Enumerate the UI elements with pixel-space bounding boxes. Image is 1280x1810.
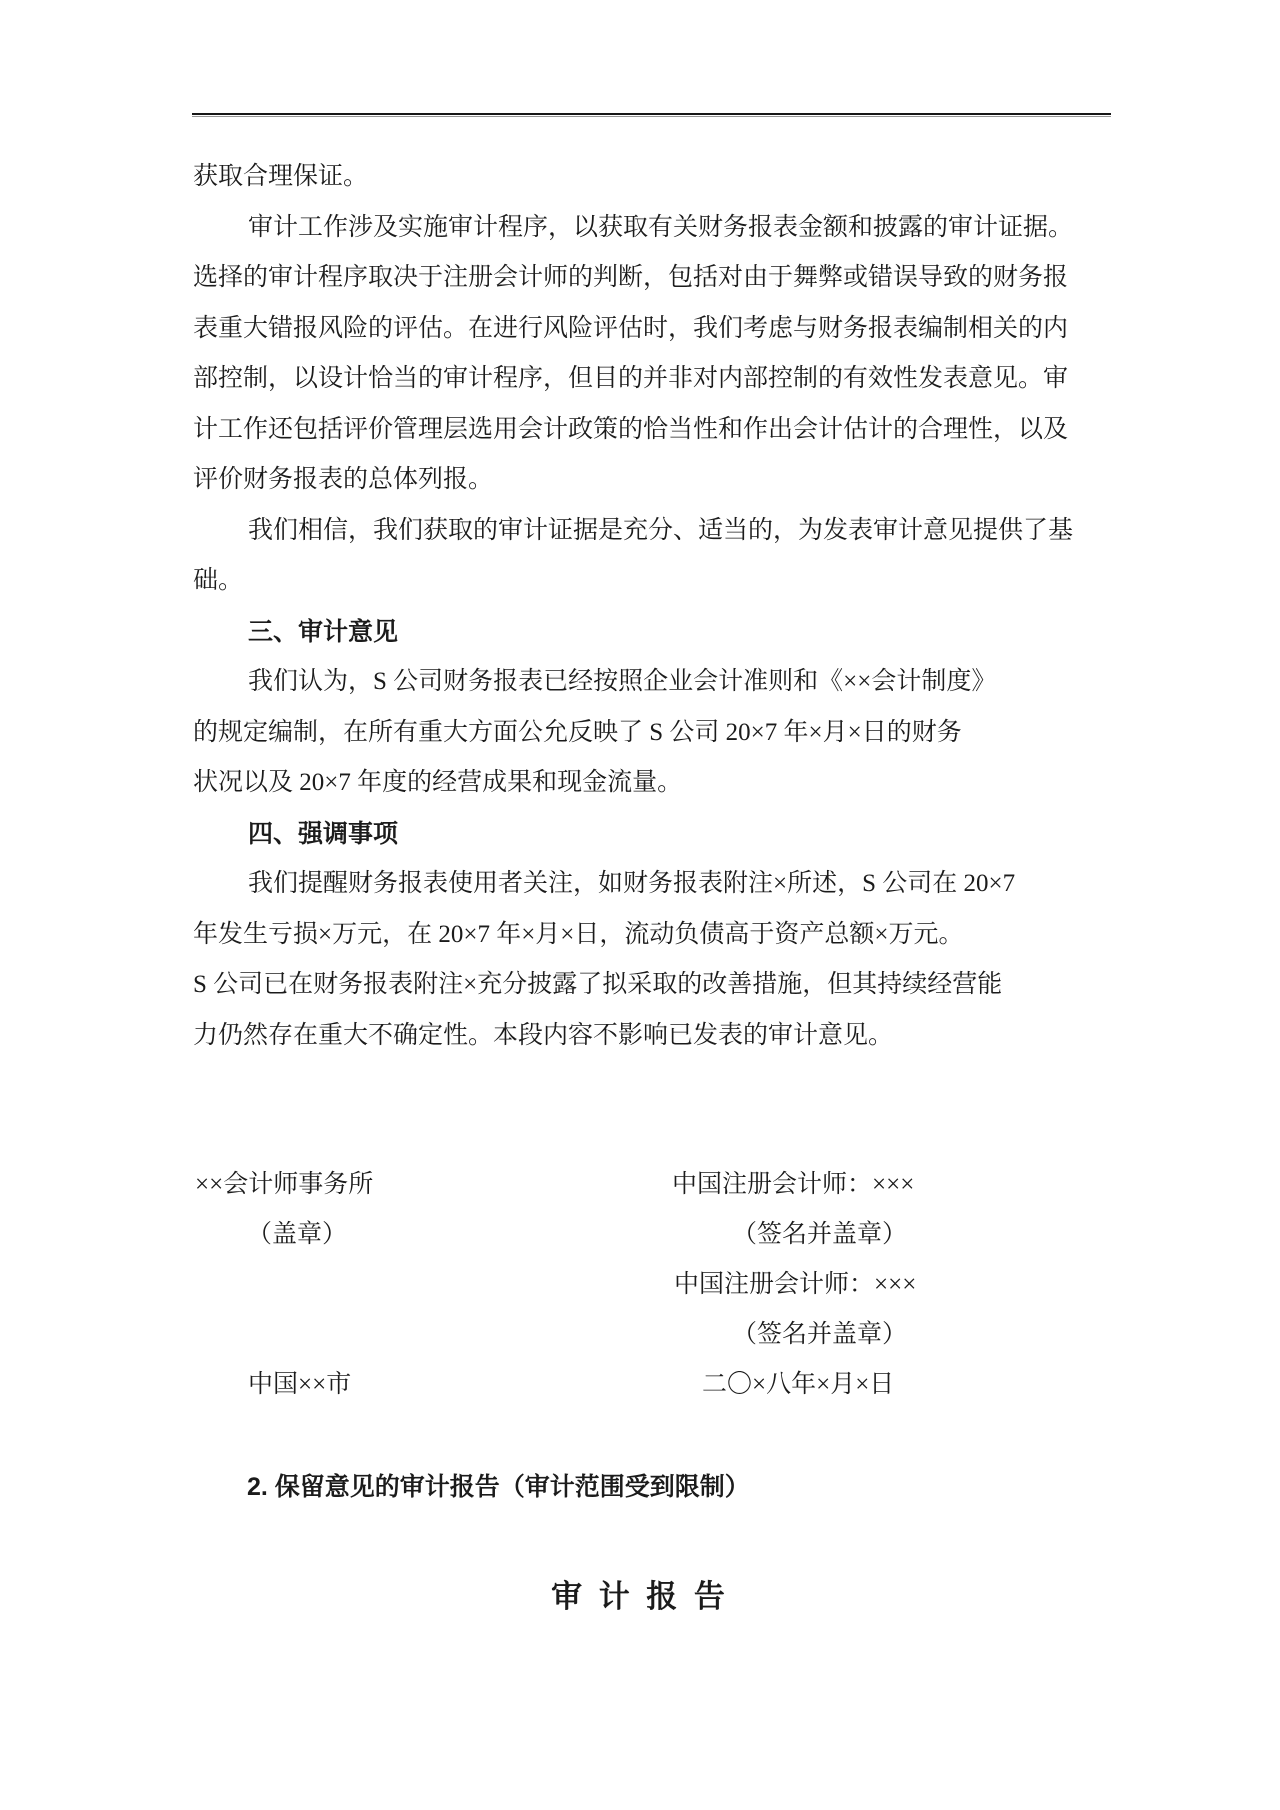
firm-seal-note: （盖章） (247, 1210, 347, 1260)
body-line: 我们认为，S 公司财务报表已经按照企业会计准则和《××会计制度》 (193, 657, 1090, 708)
signature-row: （签名并盖章） (193, 1310, 1113, 1360)
body-line: 计工作还包括评价管理层选用会计政策的恰当性和作出会计估计的合理性，以及 (193, 405, 1090, 456)
header-rule-line (192, 113, 1111, 115)
body-line: 的规定编制，在所有重大方面公允反映了 S 公司 20×7 年×月×日的财务 (193, 708, 1090, 759)
section-heading-audit-opinion: 三、审计意见 (193, 607, 1090, 658)
body-line: 年发生亏损×万元，在 20×7 年×月×日，流动负债高于资产总额×万元。 (193, 910, 1090, 961)
signature-row: ××会计师事务所 中国注册会计师：××× (193, 1160, 1113, 1210)
section-heading-emphasis-of-matter: 四、强调事项 (193, 809, 1090, 860)
header-rule (192, 113, 1111, 117)
cpa-sign-note-2: （签名并盖章） (732, 1310, 907, 1360)
body-line: 评价财务报表的总体列报。 (193, 455, 1090, 506)
body-line: S 公司已在财务报表附注×充分披露了拟采取的改善措施，但其持续经营能 (193, 960, 1090, 1011)
body-line: 审计工作涉及实施审计程序，以获取有关财务报表金额和披露的审计证据。 (193, 203, 1090, 254)
body-line: 力仍然存在重大不确定性。本段内容不影响已发表的审计意见。 (193, 1011, 1090, 1062)
audit-report-document-page: 获取合理保证。 审计工作涉及实施审计程序，以获取有关财务报表金额和披露的审计证据… (0, 0, 1280, 1810)
cpa-name-1: 中国注册会计师：××× (672, 1160, 914, 1210)
signature-city: 中国××市 (248, 1360, 351, 1410)
signature-row: 中国××市 二〇×八年×月×日 (193, 1360, 1113, 1410)
body-line: 础。 (193, 556, 1090, 607)
signature-row: （盖章） （签名并盖章） (193, 1210, 1113, 1260)
body-text-block: 获取合理保证。 审计工作涉及实施审计程序，以获取有关财务报表金额和披露的审计证据… (193, 152, 1090, 1061)
signature-date: 二〇×八年×月×日 (702, 1360, 894, 1410)
body-line: 选择的审计程序取决于注册会计师的判断，包括对由于舞弊或错误导致的财务报 (193, 253, 1090, 304)
body-line: 表重大错报风险的评估。在进行风险评估时，我们考虑与财务报表编制相关的内 (193, 304, 1090, 355)
body-line: 我们相信，我们获取的审计证据是充分、适当的，为发表审计意见提供了基 (193, 506, 1090, 557)
next-report-type-item: 2. 保留意见的审计报告（审计范围受到限制） (247, 1462, 750, 1512)
body-line: 部控制，以设计恰当的审计程序，但目的并非对内部控制的有效性发表意见。审 (193, 354, 1090, 405)
cpa-name-2: 中国注册会计师：××× (674, 1260, 916, 1310)
body-line: 我们提醒财务报表使用者关注，如财务报表附注×所述，S 公司在 20×7 (193, 859, 1090, 910)
signature-row: 中国注册会计师：××× (193, 1260, 1113, 1310)
body-line: 获取合理保证。 (193, 152, 1090, 203)
body-line: 状况以及 20×7 年度的经营成果和现金流量。 (193, 758, 1090, 809)
signature-block: ××会计师事务所 中国注册会计师：××× （盖章） （签名并盖章） 中国注册会计… (193, 1160, 1113, 1410)
cpa-sign-note-1: （签名并盖章） (732, 1210, 907, 1260)
report-title: 审 计 报 告 (0, 1569, 1280, 1625)
signature-firm-name: ××会计师事务所 (195, 1160, 373, 1210)
header-rule-shadow (192, 116, 1111, 117)
